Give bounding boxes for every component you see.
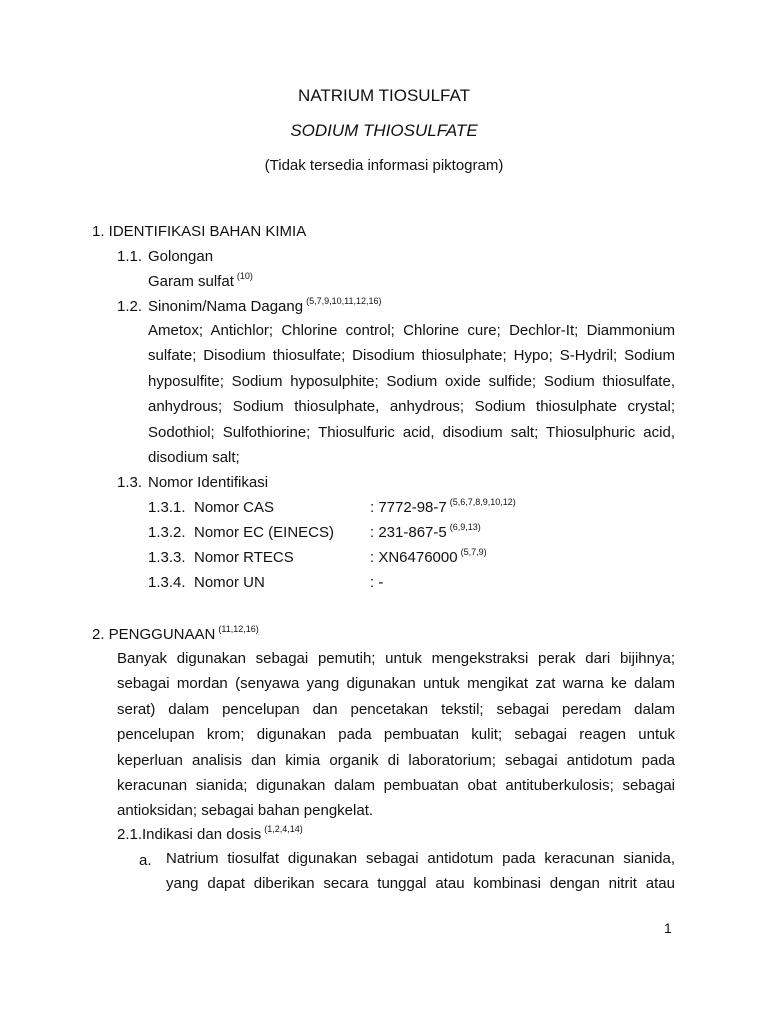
identifikasi-number: 1.3.: [117, 474, 142, 491]
penggunaan-line: pencelupan krom; digunakan pada pembuata…: [117, 722, 675, 747]
id-value-wrap: : XN6476000(5,7,9): [370, 549, 487, 568]
sinonim-ref: (5,7,9,10,11,12,16): [306, 296, 381, 306]
indikasi-label: Indikasi dan dosis: [142, 826, 261, 843]
sinonim-heading: 1.2. Sinonim/Nama Dagang(5,7,9,10,11,12,…: [117, 298, 142, 316]
penggunaan-line: keracunan sianida; digunakan dalam pembu…: [117, 773, 675, 798]
id-ref: (5,7,9): [461, 547, 487, 557]
golongan-text: Garam sulfat: [148, 273, 234, 290]
id-label: Nomor EC (EINECS): [194, 524, 334, 542]
golongan-heading: 1.1. Golongan: [117, 248, 142, 266]
item-a-line: Natrium tiosulfat digunakan sebagai anti…: [166, 846, 675, 871]
id-row-cas: 1.3.1. Nomor CAS : 7772-98-7(5,6,7,8,9,1…: [148, 499, 648, 517]
id-row-ec: 1.3.2. Nomor EC (EINECS) : 231-867-5(6,9…: [148, 524, 648, 542]
section-2-heading: 2. PENGGUNAAN(11,12,16): [92, 626, 259, 645]
penggunaan-line: antioksidan; sebagai bahan pengkelat.: [117, 798, 675, 823]
penggunaan-line: keperluan analisis dan kimia organik di …: [117, 748, 675, 773]
id-value: : XN6476000: [370, 549, 458, 566]
golongan-label: Golongan: [148, 248, 213, 266]
id-value: : 7772-98-7: [370, 499, 447, 516]
id-row-rtecs: 1.3.3. Nomor RTECS : XN6476000(5,7,9): [148, 549, 648, 567]
id-value-wrap: : 231-867-5(6,9,13): [370, 524, 481, 543]
section-2-ref: (11,12,16): [218, 624, 258, 634]
item-a-text: Natrium tiosulfat digunakan sebagai anti…: [166, 846, 675, 897]
id-number: 1.3.1.: [148, 499, 186, 516]
golongan-ref: (10): [237, 271, 253, 281]
penggunaan-line: sebagai mordan (senyawa yang digunakan u…: [117, 671, 675, 696]
penggunaan-paragraph: Banyak digunakan sebagai pemutih; untuk …: [117, 646, 675, 824]
page-number: 1: [664, 920, 672, 936]
sinonim-label: Sinonim/Nama Dagang: [148, 298, 303, 315]
indikasi-ref: (1,2,4,14): [264, 824, 303, 834]
sinonim-number: 1.2.: [117, 298, 142, 315]
id-row-un: 1.3.4. Nomor UN : -: [148, 574, 648, 592]
golongan-value: Garam sulfat(10): [148, 273, 253, 292]
sinonim-line: Sodothiol; Sulfothiorine; Thiosulfuric a…: [148, 420, 675, 445]
indikasi-label-wrap: Indikasi dan dosis(1,2,4,14): [142, 826, 303, 845]
sinonim-line: sulfate; Disodium thiosulfate; Disodium …: [148, 343, 675, 368]
sinonim-line: anhydrous; Sodium thiosulphate, anhydrou…: [148, 394, 675, 419]
id-label: Nomor UN: [194, 574, 265, 592]
item-a-marker: a.: [139, 852, 152, 870]
sinonim-line: Ametox; Antichlor; Chlorine control; Chl…: [148, 318, 675, 343]
id-ref: (6,9,13): [450, 522, 481, 532]
sinonim-label-wrap: Sinonim/Nama Dagang(5,7,9,10,11,12,16): [148, 298, 381, 317]
id-value: : -: [370, 574, 383, 592]
indikasi-number: 2.1.: [117, 826, 142, 843]
id-number: 1.3.2.: [148, 524, 186, 541]
id-label: Nomor CAS: [194, 499, 274, 517]
penggunaan-line: Banyak digunakan sebagai pemutih; untuk …: [117, 646, 675, 671]
document-subtitle: SODIUM THIOSULFATE: [0, 121, 768, 141]
identifikasi-heading: 1.3. Nomor Identifikasi: [117, 474, 142, 492]
id-number: 1.3.4.: [148, 574, 186, 591]
document-title: NATRIUM TIOSULFAT: [0, 86, 768, 106]
penggunaan-line: serat) dalam pencelupan dan pencetakan t…: [117, 697, 675, 722]
sinonim-line: hyposulfite; Sodium hyposulphite; Sodium…: [148, 369, 675, 394]
pictogram-note: (Tidak tersedia informasi piktogram): [0, 157, 768, 174]
item-a-line: yang dapat diberikan secara tunggal atau…: [166, 871, 675, 896]
document-page: NATRIUM TIOSULFAT SODIUM THIOSULFATE (Ti…: [0, 0, 768, 1024]
section-1-heading: 1. IDENTIFIKASI BAHAN KIMIA: [92, 223, 306, 241]
indikasi-heading: 2.1. Indikasi dan dosis(1,2,4,14): [117, 826, 142, 844]
section-2-title: 2. PENGGUNAAN: [92, 626, 215, 643]
id-ref: (5,6,7,8,9,10,12): [450, 497, 516, 507]
sinonim-line: disodium salt;: [148, 445, 675, 470]
identifikasi-label: Nomor Identifikasi: [148, 474, 268, 492]
id-value-wrap: : 7772-98-7(5,6,7,8,9,10,12): [370, 499, 516, 518]
golongan-number: 1.1.: [117, 248, 142, 265]
id-label: Nomor RTECS: [194, 549, 294, 567]
sinonim-list: Ametox; Antichlor; Chlorine control; Chl…: [148, 318, 675, 470]
id-value: : 231-867-5: [370, 524, 447, 541]
id-number: 1.3.3.: [148, 549, 186, 566]
